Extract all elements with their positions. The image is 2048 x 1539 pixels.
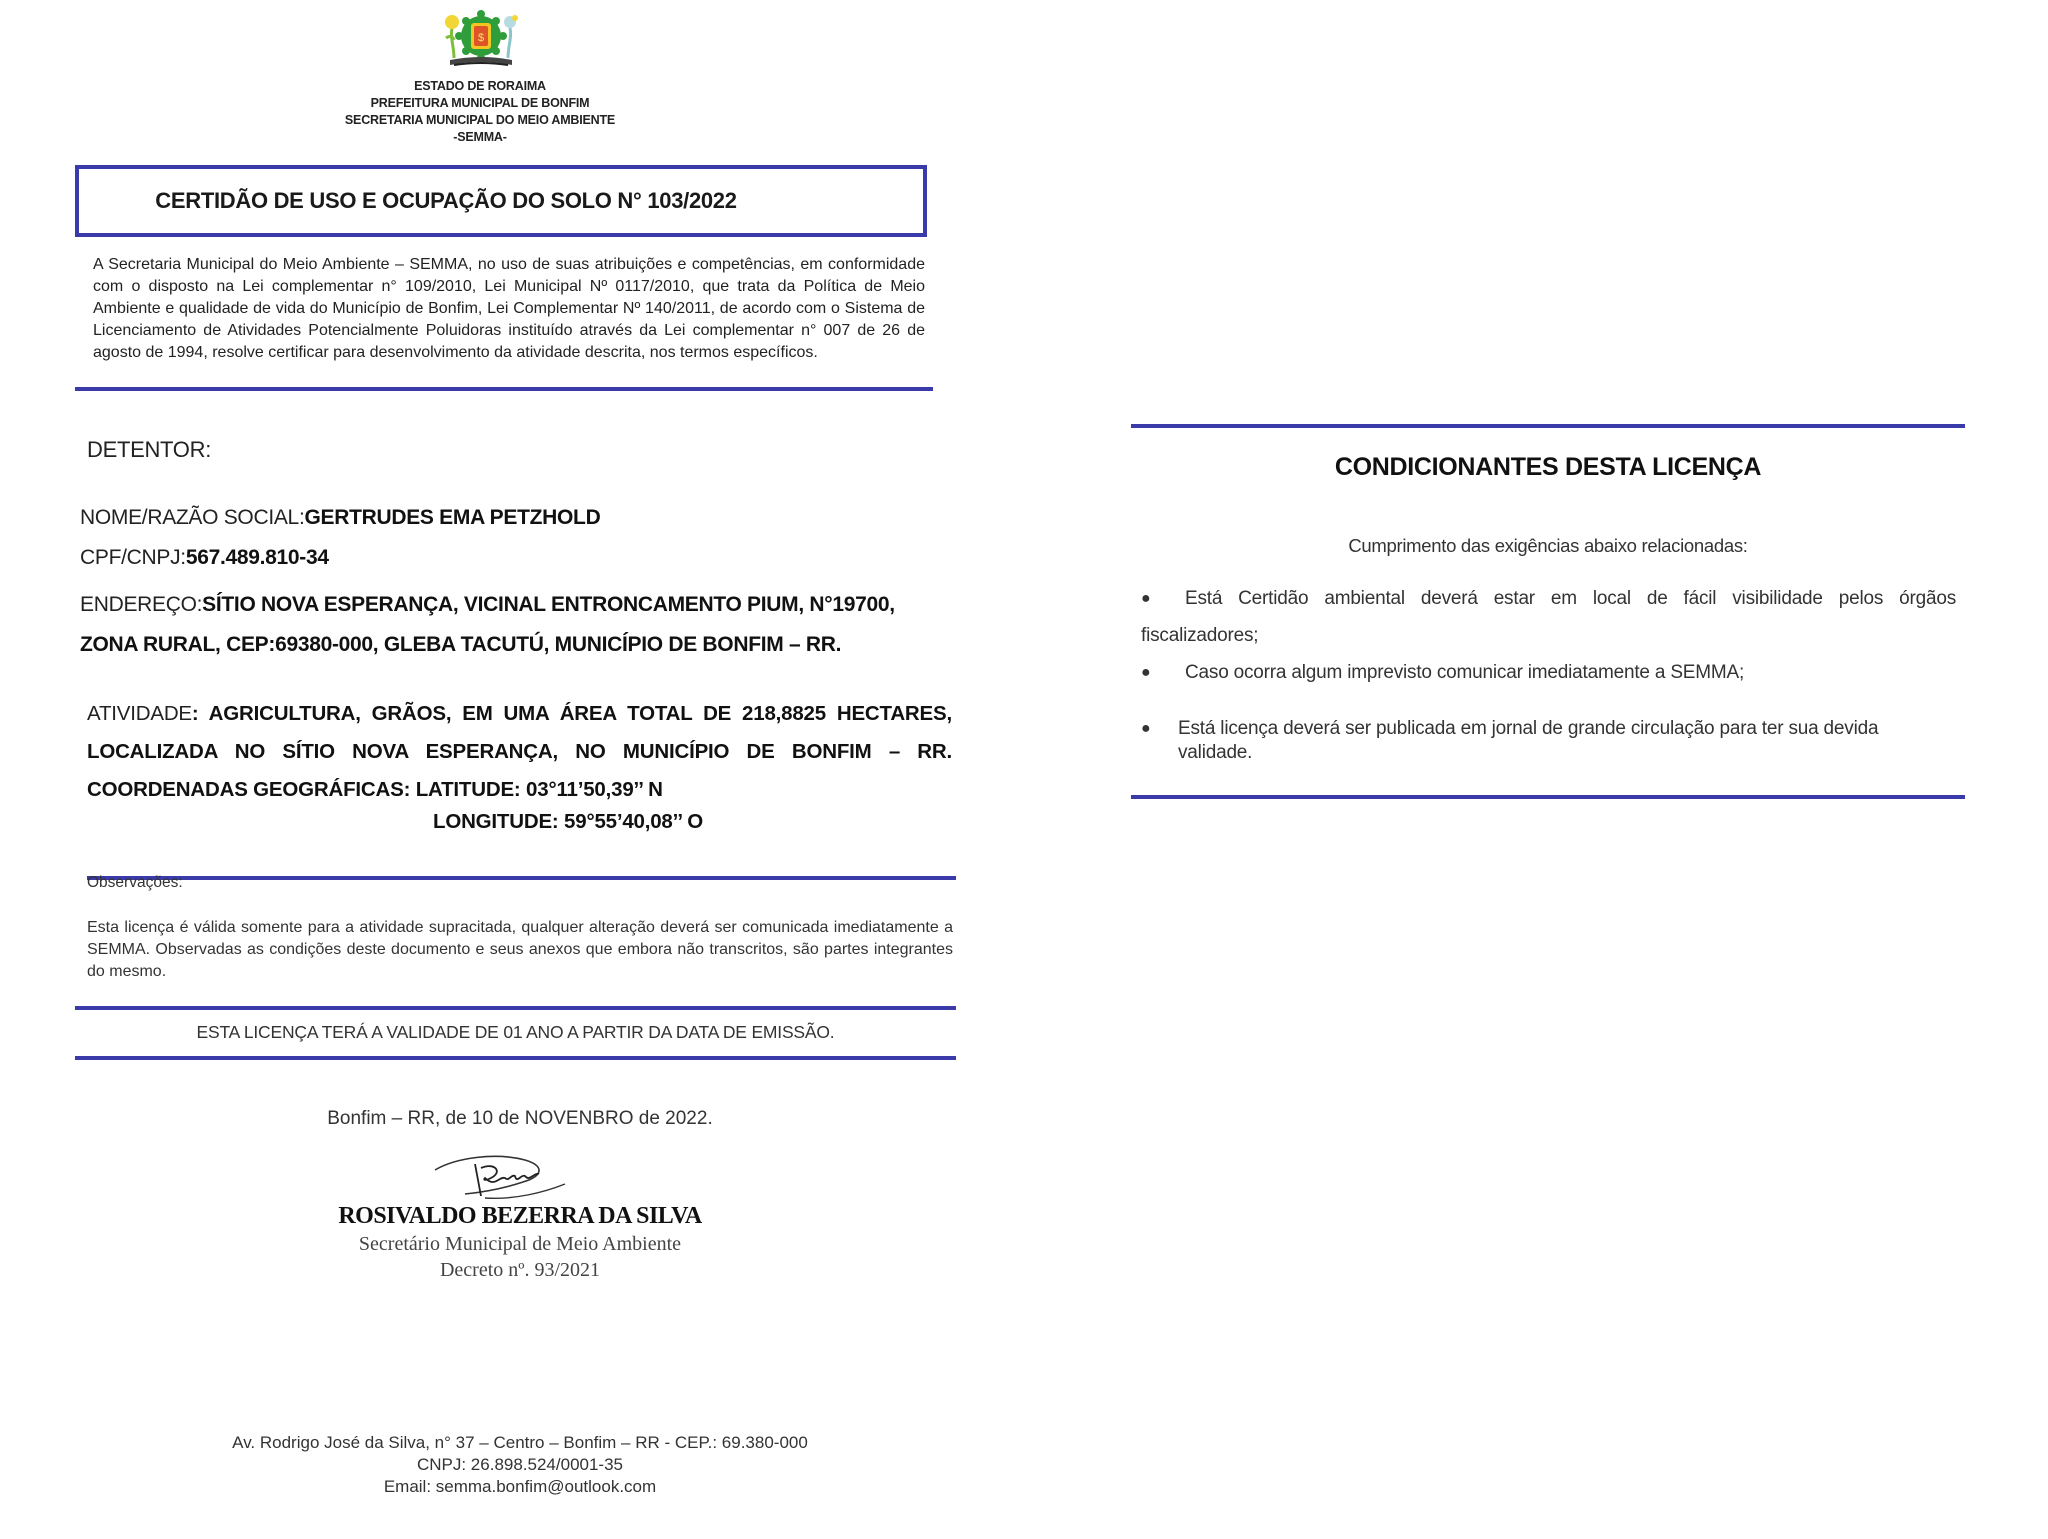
activity-separator: : xyxy=(192,702,209,725)
conditions-title: CONDICIONANTES DESTA LICENÇA xyxy=(1131,453,1965,482)
divider-rule xyxy=(75,1056,956,1060)
footer-address: Av. Rodrigo José da Silva, n° 37 – Centr… xyxy=(180,1432,860,1454)
municipal-coat-of-arms-icon: $ xyxy=(440,8,522,70)
holder-address-value: SÍTIO NOVA ESPERANÇA, VICINAL ENTRONCAME… xyxy=(80,593,895,656)
bullet-dot-icon: ● xyxy=(1141,580,1150,617)
footer-cnpj: CNPJ: 26.898.524/0001-35 xyxy=(180,1454,860,1476)
bullet-dot-icon: ● xyxy=(1141,717,1150,741)
bullet-dot-icon: ● xyxy=(1141,654,1150,691)
issue-date-line: Bonfim – RR, de 10 de NOVENBRO de 2022. xyxy=(290,1108,750,1130)
conditions-intro: Cumprimento das exigências abaixo relaci… xyxy=(1131,535,1965,557)
intro-paragraph: A Secretaria Municipal do Meio Ambiente … xyxy=(93,254,925,364)
condition-item: ●Caso ocorra algum imprevisto comunicar … xyxy=(1141,654,1956,691)
footer-email: Email: semma.bonfim@outlook.com xyxy=(180,1476,860,1498)
certificate-title: CERTIDÃO DE USO E OCUPAÇÃO DO SOLO N° 10… xyxy=(155,188,736,214)
activity-longitude: LONGITUDE: 59°55’40,08’’ O xyxy=(433,810,703,834)
issuer-state: ESTADO DE RORAIMA xyxy=(280,78,680,95)
certificate-title-box: CERTIDÃO DE USO E OCUPAÇÃO DO SOLO N° 10… xyxy=(75,165,927,237)
divider-rule xyxy=(87,876,956,880)
signer-role: Secretário Municipal de Meio Ambiente xyxy=(290,1233,750,1256)
condition-text: Está Certidão ambiental deverá estar em … xyxy=(1141,588,1956,646)
handwritten-signature-icon xyxy=(425,1148,585,1208)
holder-address-field: ENDEREÇO:SÍTIO NOVA ESPERANÇA, VICINAL E… xyxy=(80,585,950,665)
holder-name-label: NOME/RAZÃO SOCIAL: xyxy=(80,506,304,529)
holder-name-value: GERTRUDES EMA PETZHOLD xyxy=(304,506,600,529)
observations-text: Esta licença é válida somente para a ati… xyxy=(87,917,953,983)
signer-name: ROSIVALDO BEZERRA DA SILVA xyxy=(290,1203,750,1230)
activity-field: ATIVIDADE: AGRICULTURA, GRÃOS, EM UMA ÁR… xyxy=(87,695,952,809)
condition-item: ●Está licença deverá ser publicada em jo… xyxy=(1141,717,1938,765)
divider-rule xyxy=(1131,795,1965,799)
page-footer: Av. Rodrigo José da Silva, n° 37 – Centr… xyxy=(180,1432,860,1498)
holder-section-label: DETENTOR: xyxy=(87,437,211,463)
issuer-acronym: -SEMMA- xyxy=(280,129,680,146)
divider-rule xyxy=(1131,424,1965,428)
holder-cpf-value: 567.489.810-34 xyxy=(186,546,329,569)
divider-rule xyxy=(75,387,933,391)
issuer-prefecture: PREFEITURA MUNICIPAL DE BONFIM xyxy=(280,95,680,112)
issuer-header: ESTADO DE RORAIMA PREFEITURA MUNICIPAL D… xyxy=(280,78,680,146)
issuer-secretariat: SECRETARIA MUNICIPAL DO MEIO AMBIENTE xyxy=(280,112,680,129)
condition-text: Está licença deverá ser publicada em jor… xyxy=(1178,718,1878,763)
holder-name-field: NOME/RAZÃO SOCIAL:GERTRUDES EMA PETZHOLD xyxy=(80,506,600,530)
signer-decree: Decreto nº. 93/2021 xyxy=(290,1259,750,1282)
condition-text: Caso ocorra algum imprevisto comunicar i… xyxy=(1185,662,1744,683)
activity-label: ATIVIDADE xyxy=(87,702,192,725)
holder-cpf-field: CPF/CNPJ:567.489.810-34 xyxy=(80,546,329,570)
divider-rule xyxy=(75,1006,956,1010)
svg-text:$: $ xyxy=(478,32,484,44)
condition-item: ●Está Certidão ambiental deverá estar em… xyxy=(1141,580,1956,654)
activity-value: AGRICULTURA, GRÃOS, EM UMA ÁREA TOTAL DE… xyxy=(87,702,952,801)
holder-address-label: ENDEREÇO: xyxy=(80,593,202,616)
validity-notice: ESTA LICENÇA TERÁ A VALIDADE DE 01 ANO A… xyxy=(75,1022,956,1043)
conditions-list: ●Está Certidão ambiental deverá estar em… xyxy=(1141,580,1956,765)
holder-cpf-label: CPF/CNPJ: xyxy=(80,546,186,569)
observations-label: Observações: xyxy=(87,874,183,892)
